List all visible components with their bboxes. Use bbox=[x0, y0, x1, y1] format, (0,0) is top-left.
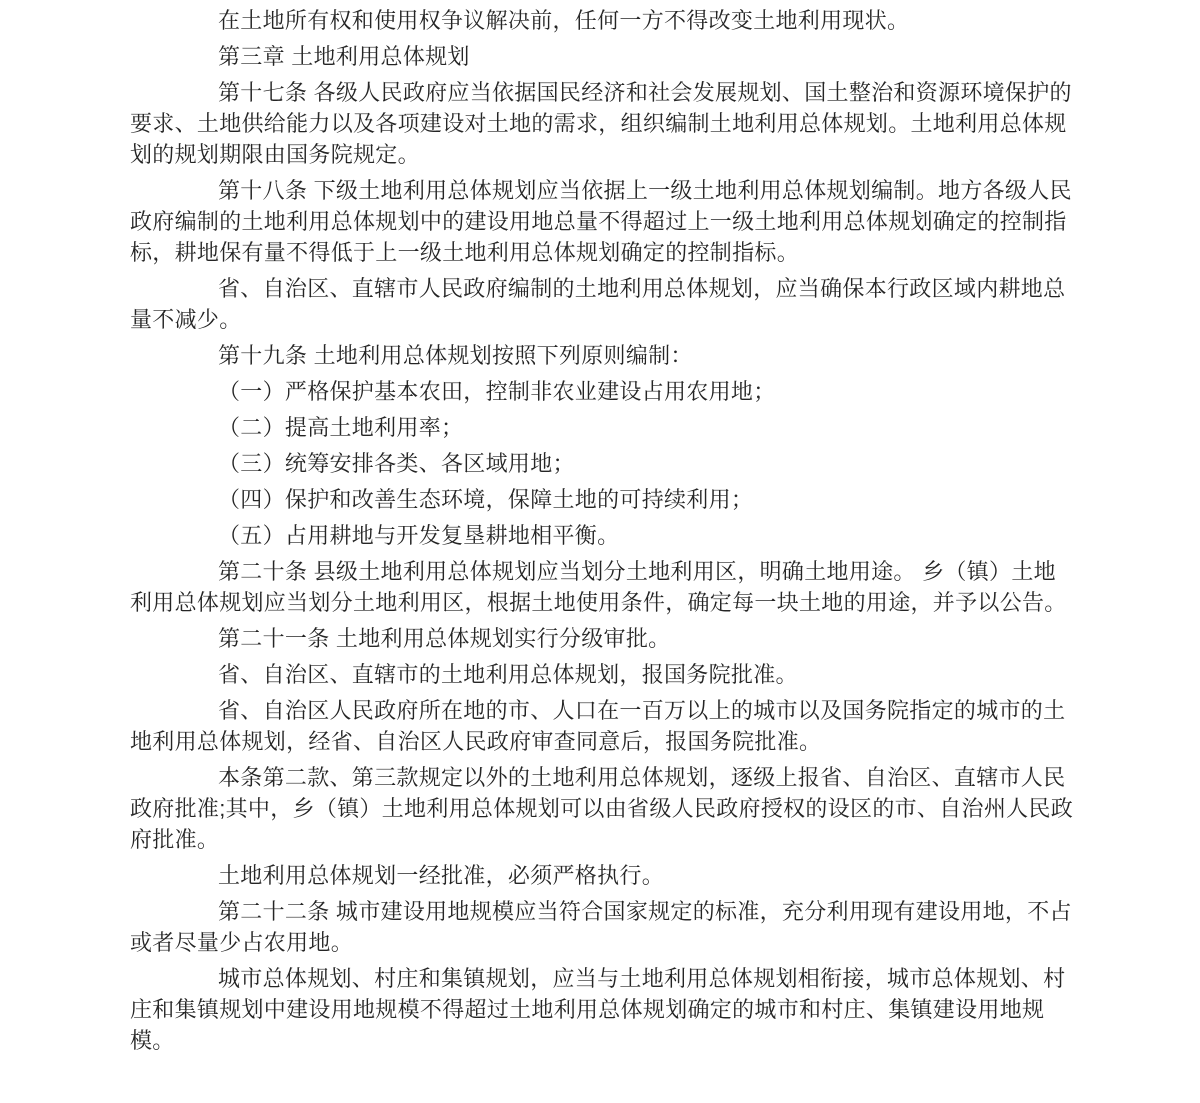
paragraph-7: （一）严格保护基本农田，控制非农业建设占用农用地； bbox=[130, 376, 1078, 407]
paragraph-6: 第十九条 土地利用总体规划按照下列原则编制： bbox=[130, 340, 1078, 371]
paragraph-16: 本条第二款、第三款规定以外的土地利用总体规划，逐级上报省、自治区、直辖市人民政府… bbox=[130, 762, 1078, 855]
paragraph-list: 在土地所有权和使用权争议解决前，任何一方不得改变土地利用现状。第三章 土地利用总… bbox=[130, 5, 1078, 1056]
paragraph-1: 在土地所有权和使用权争议解决前，任何一方不得改变土地利用现状。 bbox=[130, 5, 1078, 36]
paragraph-13: 第二十一条 土地利用总体规划实行分级审批。 bbox=[130, 623, 1078, 654]
legal-document-page: 在土地所有权和使用权争议解决前，任何一方不得改变土地利用现状。第三章 土地利用总… bbox=[0, 0, 1200, 1103]
paragraph-3: 第十七条 各级人民政府应当依据国民经济和社会发展规划、国土整治和资源环境保护的要… bbox=[130, 77, 1078, 170]
paragraph-9: （三）统筹安排各类、各区域用地； bbox=[130, 448, 1078, 479]
paragraph-8: （二）提高土地利用率； bbox=[130, 412, 1078, 443]
paragraph-2: 第三章 土地利用总体规划 bbox=[130, 41, 1078, 72]
paragraph-17: 土地利用总体规划一经批准，必须严格执行。 bbox=[130, 860, 1078, 891]
paragraph-18: 第二十二条 城市建设用地规模应当符合国家规定的标准，充分利用现有建设用地，不占或… bbox=[130, 896, 1078, 958]
paragraph-14: 省、自治区、直辖市的土地利用总体规划，报国务院批准。 bbox=[130, 659, 1078, 690]
paragraph-15: 省、自治区人民政府所在地的市、人口在一百万以上的城市以及国务院指定的城市的土地利… bbox=[130, 695, 1078, 757]
paragraph-10: （四）保护和改善生态环境，保障土地的可持续利用； bbox=[130, 484, 1078, 515]
paragraph-12: 第二十条 县级土地利用总体规划应当划分土地利用区，明确土地用途。 乡（镇）土地利… bbox=[130, 556, 1078, 618]
paragraph-4: 第十八条 下级土地利用总体规划应当依据上一级土地利用总体规划编制。地方各级人民政… bbox=[130, 175, 1078, 268]
paragraph-5: 省、自治区、直辖市人民政府编制的土地利用总体规划，应当确保本行政区域内耕地总量不… bbox=[130, 273, 1078, 335]
paragraph-19: 城市总体规划、村庄和集镇规划，应当与土地利用总体规划相衔接，城市总体规划、村庄和… bbox=[130, 963, 1078, 1056]
paragraph-11: （五）占用耕地与开发复垦耕地相平衡。 bbox=[130, 520, 1078, 551]
